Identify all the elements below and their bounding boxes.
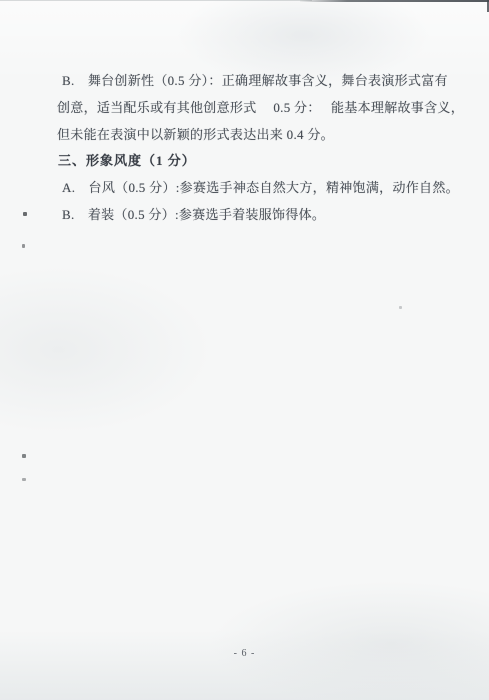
doc-line-item-b-continuation-1: 创意，适当配乐或有其他创意形式 0.5 分： 能基本理解故事含义， <box>57 99 464 117</box>
scan-speck-artifact <box>399 306 402 309</box>
doc-line-item-a-stage-presence: A. 台风（0.5 分）:参赛选手神态自然大方，精神饱满，动作自然。 <box>62 179 459 197</box>
scan-speck-artifact <box>23 212 27 216</box>
scan-speck-artifact <box>22 478 26 481</box>
scan-top-edge-artifact <box>0 0 312 1</box>
doc-line-item-b-stage-innovation: B. 舞台创新性（0.5 分）：正确理解故事含义，舞台表演形式富有 <box>62 72 448 90</box>
scan-top-edge-artifact <box>300 0 489 2</box>
doc-line-item-b-continuation-2: 但未能在表演中以新颖的形式表达出来 0.4 分。 <box>57 126 334 144</box>
page-number: - 6 - <box>0 648 489 660</box>
scan-speck-artifact <box>22 454 26 458</box>
section-heading-image-demeanor: 三、形象风度（1 分） <box>58 152 196 170</box>
scan-speck-artifact <box>22 244 25 248</box>
doc-line-item-b-attire: B. 着装（0.5 分）:参赛选手着装服饰得体。 <box>62 206 325 224</box>
scanned-document-page: B. 舞台创新性（0.5 分）：正确理解故事含义，舞台表演形式富有 创意，适当配… <box>0 0 489 700</box>
